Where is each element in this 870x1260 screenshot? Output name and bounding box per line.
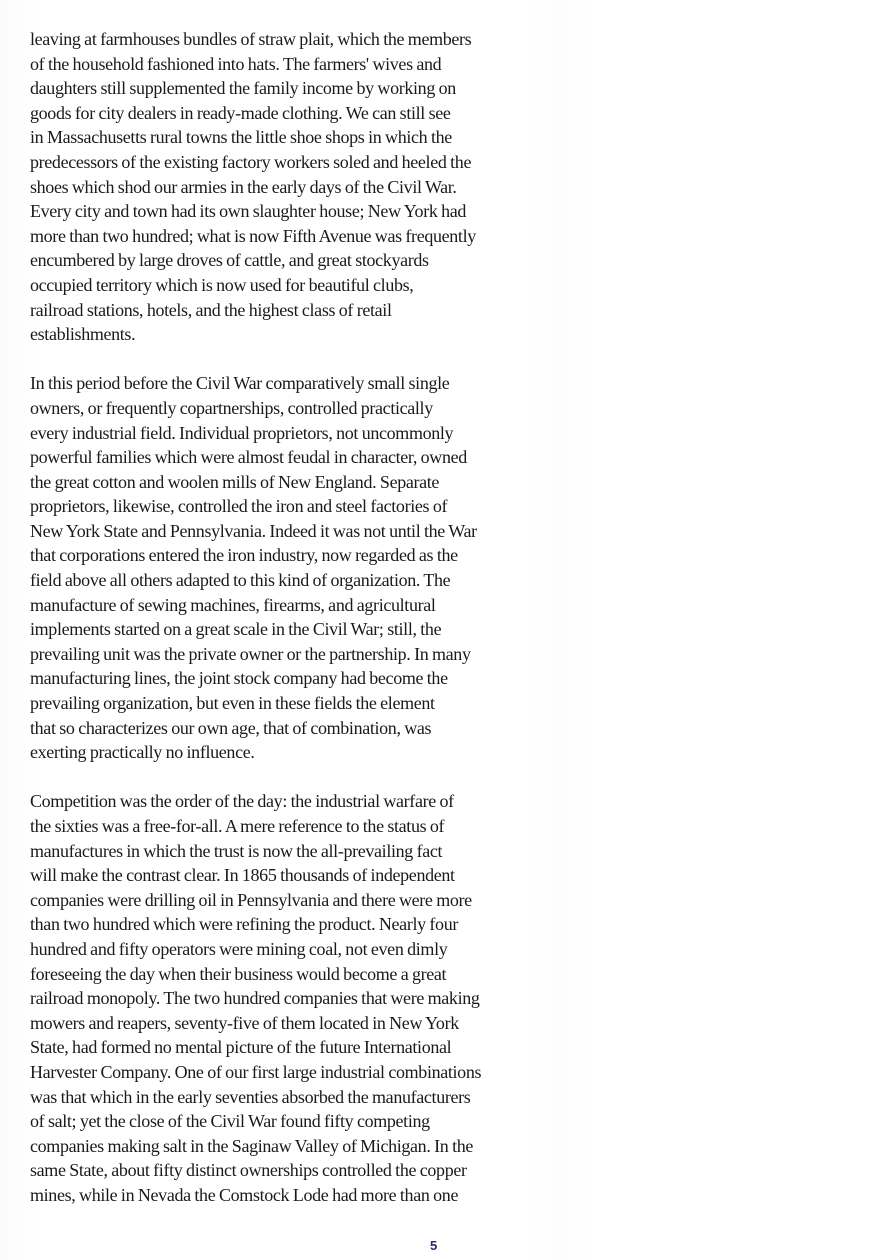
- text-line: more than two hundred; what is now Fifth…: [30, 224, 550, 249]
- text-line: State, had formed no mental picture of t…: [30, 1035, 550, 1060]
- text-line: manufacturing lines, the joint stock com…: [30, 666, 550, 691]
- text-line: manufacture of sewing machines, firearms…: [30, 593, 550, 618]
- page-number: 5: [430, 1238, 437, 1253]
- body-text: leaving at farmhouses bundles of straw p…: [30, 27, 550, 1208]
- text-line: Every city and town had its own slaughte…: [30, 199, 550, 224]
- text-line: powerful families which were almost feud…: [30, 445, 550, 470]
- text-line: encumbered by large droves of cattle, an…: [30, 248, 550, 273]
- text-line: same State, about fifty distinct ownersh…: [30, 1158, 550, 1183]
- text-line: New York State and Pennsylvania. Indeed …: [30, 519, 550, 544]
- text-line: prevailing unit was the private owner or…: [30, 642, 550, 667]
- text-line: In this period before the Civil War comp…: [30, 371, 550, 396]
- text-line: of the household fashioned into hats. Th…: [30, 52, 550, 77]
- text-line: occupied territory which is now used for…: [30, 273, 550, 298]
- text-line: the sixties was a free-for-all. A mere r…: [30, 814, 550, 839]
- paragraph-1: leaving at farmhouses bundles of straw p…: [30, 27, 550, 347]
- text-line: field above all others adapted to this k…: [30, 568, 550, 593]
- document-page: leaving at farmhouses bundles of straw p…: [0, 0, 870, 1260]
- text-line: owners, or frequently copartnerships, co…: [30, 396, 550, 421]
- text-line: implements started on a great scale in t…: [30, 617, 550, 642]
- text-line: was that which in the early seventies ab…: [30, 1085, 550, 1110]
- text-line: predecessors of the existing factory wor…: [30, 150, 550, 175]
- text-line: mowers and reapers, seventy-five of them…: [30, 1011, 550, 1036]
- text-line: railroad monopoly. The two hundred compa…: [30, 986, 550, 1011]
- text-line: exerting practically no influence.: [30, 740, 550, 765]
- text-line: foreseeing the day when their business w…: [30, 962, 550, 987]
- text-line: manufactures in which the trust is now t…: [30, 839, 550, 864]
- paragraph-2: In this period before the Civil War comp…: [30, 371, 550, 765]
- text-line: daughters still supplemented the family …: [30, 76, 550, 101]
- text-line: companies making salt in the Saginaw Val…: [30, 1134, 550, 1159]
- text-line: Harvester Company. One of our first larg…: [30, 1060, 550, 1085]
- text-line: mines, while in Nevada the Comstock Lode…: [30, 1183, 550, 1208]
- text-line: proprietors, likewise, controlled the ir…: [30, 494, 550, 519]
- text-line: of salt; yet the close of the Civil War …: [30, 1109, 550, 1134]
- text-line: companies were drilling oil in Pennsylva…: [30, 888, 550, 913]
- text-line: hundred and fifty operators were mining …: [30, 937, 550, 962]
- text-line: railroad stations, hotels, and the highe…: [30, 298, 550, 323]
- paragraph-3: Competition was the order of the day: th…: [30, 789, 550, 1207]
- text-line: will make the contrast clear. In 1865 th…: [30, 863, 550, 888]
- text-line: that corporations entered the iron indus…: [30, 543, 550, 568]
- text-line: goods for city dealers in ready-made clo…: [30, 101, 550, 126]
- text-line: shoes which shod our armies in the early…: [30, 175, 550, 200]
- text-line: Competition was the order of the day: th…: [30, 789, 550, 814]
- text-line: establishments.: [30, 322, 550, 347]
- text-line: that so characterizes our own age, that …: [30, 716, 550, 741]
- text-line: in Massachusetts rural towns the little …: [30, 125, 550, 150]
- text-line: than two hundred which were refining the…: [30, 912, 550, 937]
- text-line: the great cotton and woolen mills of New…: [30, 470, 550, 495]
- text-line: leaving at farmhouses bundles of straw p…: [30, 27, 550, 52]
- text-line: every industrial field. Individual propr…: [30, 421, 550, 446]
- text-line: prevailing organization, but even in the…: [30, 691, 550, 716]
